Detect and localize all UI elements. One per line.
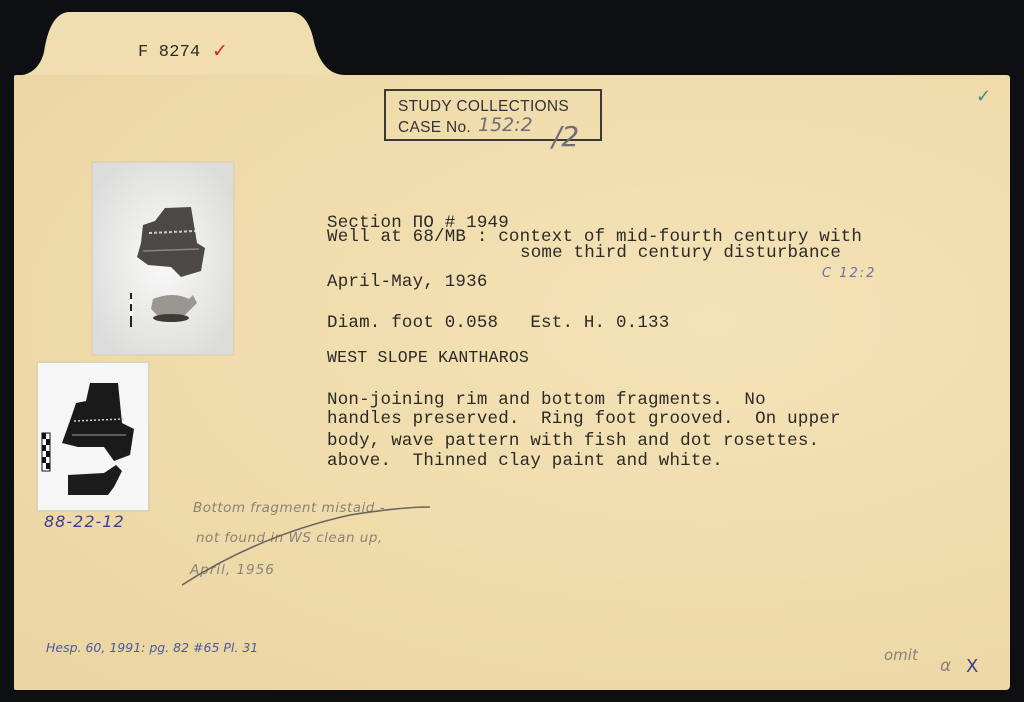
- stamp-case-label: CASE No.: [398, 119, 471, 137]
- x-mark: X: [966, 656, 978, 677]
- description-line-4: above. Thinned clay paint and white.: [327, 452, 723, 470]
- context-line-2: some third century disturbance: [520, 244, 841, 262]
- excavation-date: April-May, 1936: [327, 273, 488, 291]
- artifact-photo-small: [37, 362, 149, 511]
- green-check-icon: ✓: [976, 86, 991, 107]
- case-number: 152:2: [478, 114, 533, 136]
- description-line-3: body, wave pattern with fish and dot ros…: [327, 432, 819, 450]
- dimensions: Diam. foot 0.058 Est. H. 0.133: [327, 314, 669, 332]
- description-line-2: handles preserved. Ring foot grooved. On…: [327, 410, 841, 428]
- artifact-photo-large: [92, 162, 234, 355]
- red-check-icon: ✓: [212, 40, 228, 62]
- object-type: WEST SLOPE KANTHAROS: [327, 349, 529, 367]
- publication-reference: Hesp. 60, 1991: pg. 82 #65 Pl. 31: [46, 640, 258, 655]
- strike-through-line: [170, 495, 490, 595]
- photo-number: 88-22-12: [44, 512, 125, 531]
- description-line-1: Non-joining rim and bottom fragments. No: [327, 391, 766, 409]
- omit-note: omit: [884, 646, 918, 664]
- grid-note: C 12:2: [822, 266, 876, 281]
- catalog-number: F 8274: [138, 44, 200, 62]
- case-number-suffix: /2: [552, 120, 579, 153]
- alpha-mark: α: [940, 656, 951, 676]
